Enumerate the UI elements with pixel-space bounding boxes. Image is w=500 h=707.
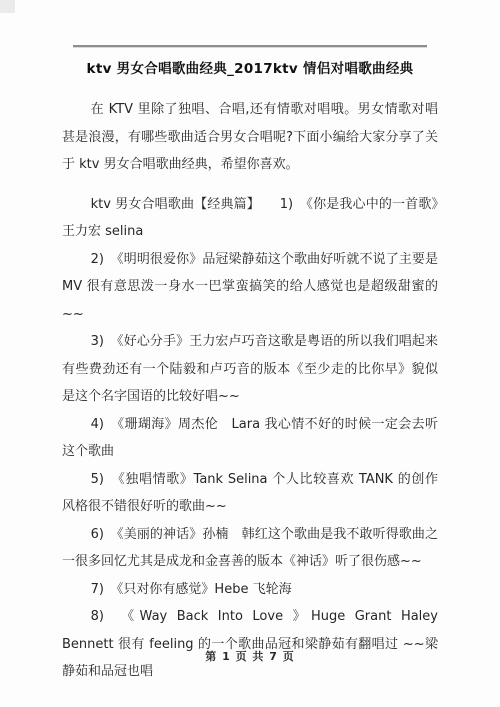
paragraph-item-8: 8) 《Way Back Into Love 》Huge Grant Haley… — [62, 603, 438, 686]
paragraph-item-7: 7) 《只对你有感觉》Hebe 飞轮海 — [62, 576, 438, 604]
document-title: ktv 男女合唱歌曲经典_2017ktv 情侣对唱歌曲经典 — [62, 58, 438, 80]
page-number-footer: 第 1 页 共 7 页 — [0, 648, 500, 664]
paragraph-item-5: 5) 《独唱情歌》Tank Selina 个人比较喜欢 TANK 的创作风格很不… — [62, 466, 438, 521]
document-body: 在 KTV 里除了独唱、合唱,还有情歌对唱哦。男女情歌对唱甚是浪漫，有哪些歌曲适… — [62, 96, 438, 686]
paragraph-intro: 在 KTV 里除了独唱、合唱,还有情歌对唱哦。男女情歌对唱甚是浪漫，有哪些歌曲适… — [62, 96, 438, 179]
paragraph-item-6: 6) 《美丽的神话》孙楠 韩红这个歌曲是我不敢听得歌曲之一很多回忆尤其是成龙和金… — [62, 521, 438, 576]
scan-artifact-corner — [0, 0, 15, 13]
paragraph-item-4: 4) 《珊瑚海》周杰伦 Lara 我心情不好的时候一定会去听这个歌曲 — [62, 411, 438, 466]
paragraph-item-3: 3) 《好心分手》王力宏卢巧音这歌是粤语的所以我们唱起来有些费劲还有一个陆毅和卢… — [62, 328, 438, 411]
title-divider — [73, 45, 427, 47]
paragraph-item-2: 2) 《明明很爱你》品冠梁静茹这个歌曲好听就不说了主要是 MV 很有意思泼一身水… — [62, 246, 438, 329]
paragraph-section-heading-item-1: ktv 男女合唱歌曲【经典篇】 1) 《你是我心中的一首歌》王力宏 selina — [62, 191, 438, 246]
document-page: ktv 男女合唱歌曲经典_2017ktv 情侣对唱歌曲经典 在 KTV 里除了独… — [0, 0, 500, 707]
